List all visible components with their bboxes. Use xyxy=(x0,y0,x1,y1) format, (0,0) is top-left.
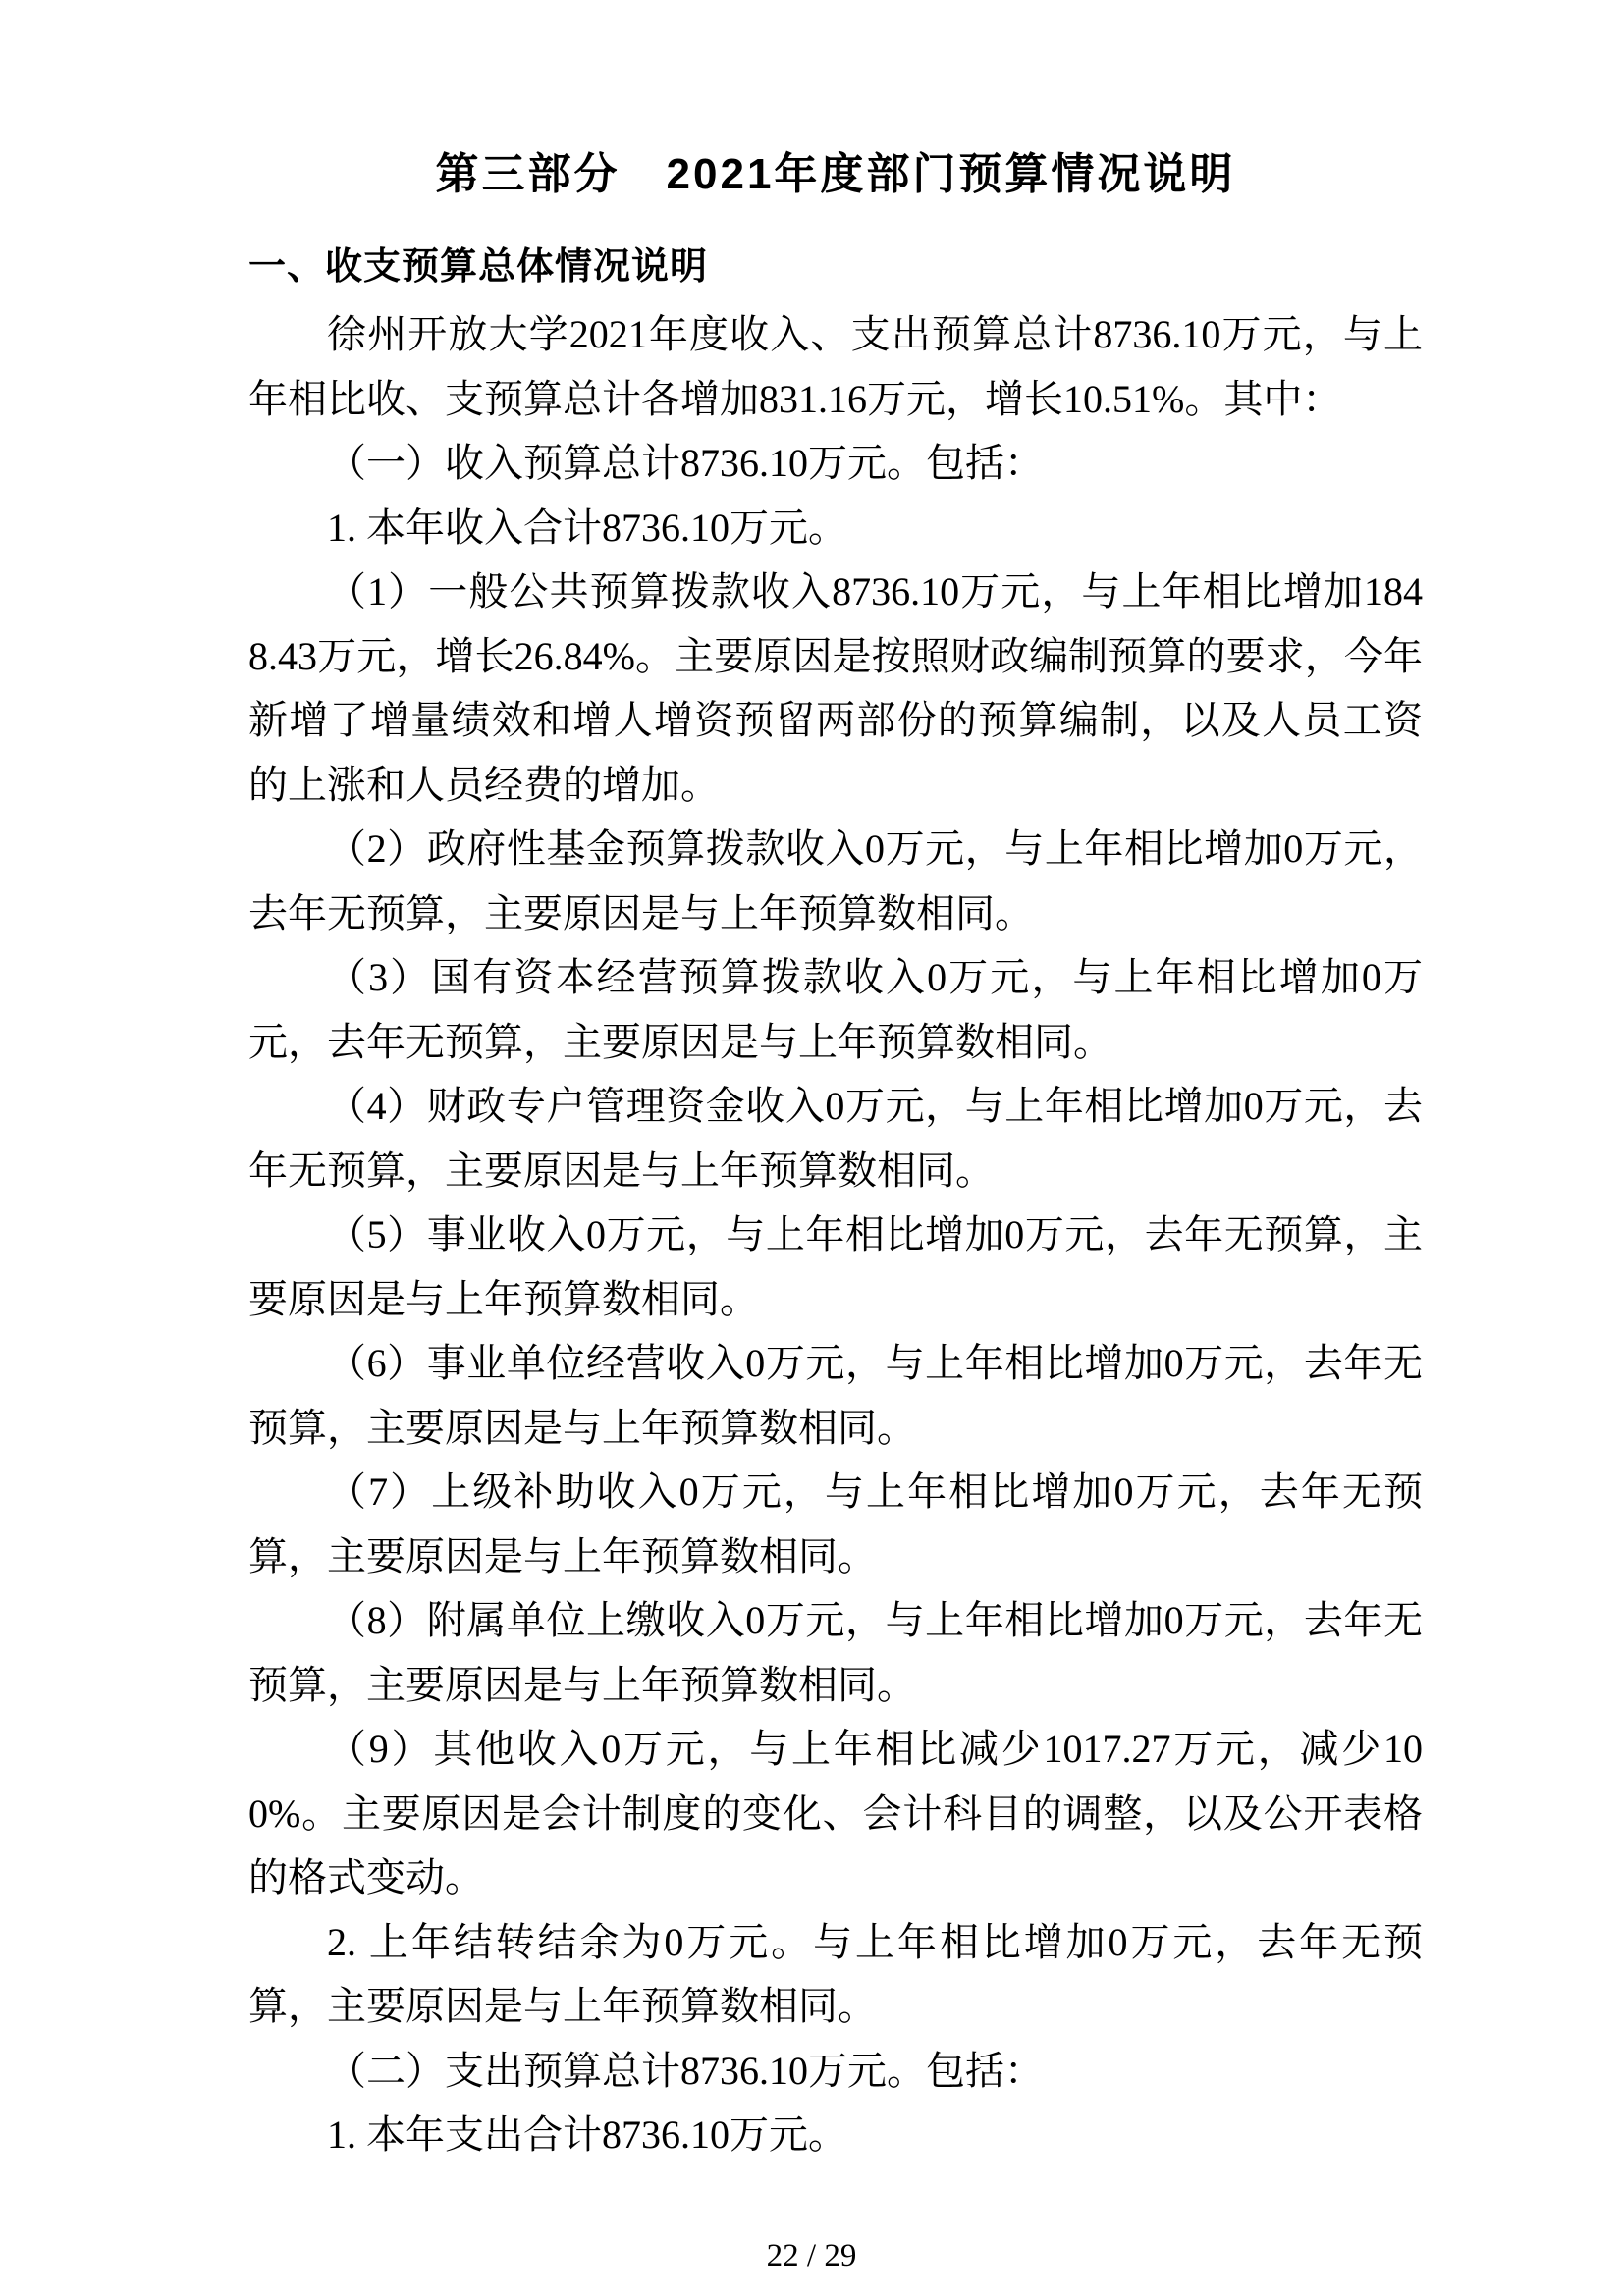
paragraph-item-3: （3）国有资本经营预算拨款收入0万元，与上年相比增加0万元，去年无预算，主要原因… xyxy=(248,945,1423,1074)
paragraph-item-9: （9）其他收入0万元，与上年相比减少1017.27万元，减少100%。主要原因是… xyxy=(248,1717,1423,1910)
paragraph-item-2: （2）政府性基金预算拨款收入0万元，与上年相比增加0万元，去年无预算，主要原因是… xyxy=(248,817,1423,945)
paragraph-item-5: （5）事业收入0万元，与上年相比增加0万元，去年无预算，主要原因是与上年预算数相… xyxy=(248,1202,1423,1331)
page-title: 第三部分 2021年度部门预算情况说明 xyxy=(248,145,1423,204)
paragraph-carryover: 2. 上年结转结余为0万元。与上年相比增加0万元，去年无预算，主要原因是与上年预… xyxy=(248,1910,1423,2039)
paragraph-current-year-income: 1. 本年收入合计8736.10万元。 xyxy=(248,496,1423,561)
paragraph-overview: 徐州开放大学2021年度收入、支出预算总计8736.10万元，与上年相比收、支预… xyxy=(248,302,1423,431)
page-number: 22 / 29 xyxy=(0,2236,1623,2275)
section-heading: 一、收支预算总体情况说明 xyxy=(248,241,1423,293)
paragraph-item-8: （8）附属单位上缴收入0万元，与上年相比增加0万元，去年无预算，主要原因是与上年… xyxy=(248,1588,1423,1717)
paragraph-item-4: （4）财政专户管理资金收入0万元，与上年相比增加0万元，去年无预算，主要原因是与… xyxy=(248,1074,1423,1202)
paragraph-item-6: （6）事业单位经营收入0万元，与上年相比增加0万元，去年无预算，主要原因是与上年… xyxy=(248,1331,1423,1460)
paragraph-expenditure-total: （二）支出预算总计8736.10万元。包括： xyxy=(248,2039,1423,2104)
paragraph-item-1: （1）一般公共预算拨款收入8736.10万元，与上年相比增加1848.43万元，… xyxy=(248,560,1423,817)
paragraph-list: 徐州开放大学2021年度收入、支出预算总计8736.10万元，与上年相比收、支预… xyxy=(248,302,1423,2167)
document-page: 第三部分 2021年度部门预算情况说明 一、收支预算总体情况说明 徐州开放大学2… xyxy=(0,0,1623,2296)
paragraph-item-7: （7）上级补助收入0万元，与上年相比增加0万元，去年无预算，主要原因是与上年预算… xyxy=(248,1460,1423,1588)
document-content: 第三部分 2021年度部门预算情况说明 一、收支预算总体情况说明 徐州开放大学2… xyxy=(248,145,1423,2167)
paragraph-current-year-expenditure: 1. 本年支出合计8736.10万元。 xyxy=(248,2103,1423,2167)
paragraph-income-total: （一）收入预算总计8736.10万元。包括： xyxy=(248,431,1423,496)
